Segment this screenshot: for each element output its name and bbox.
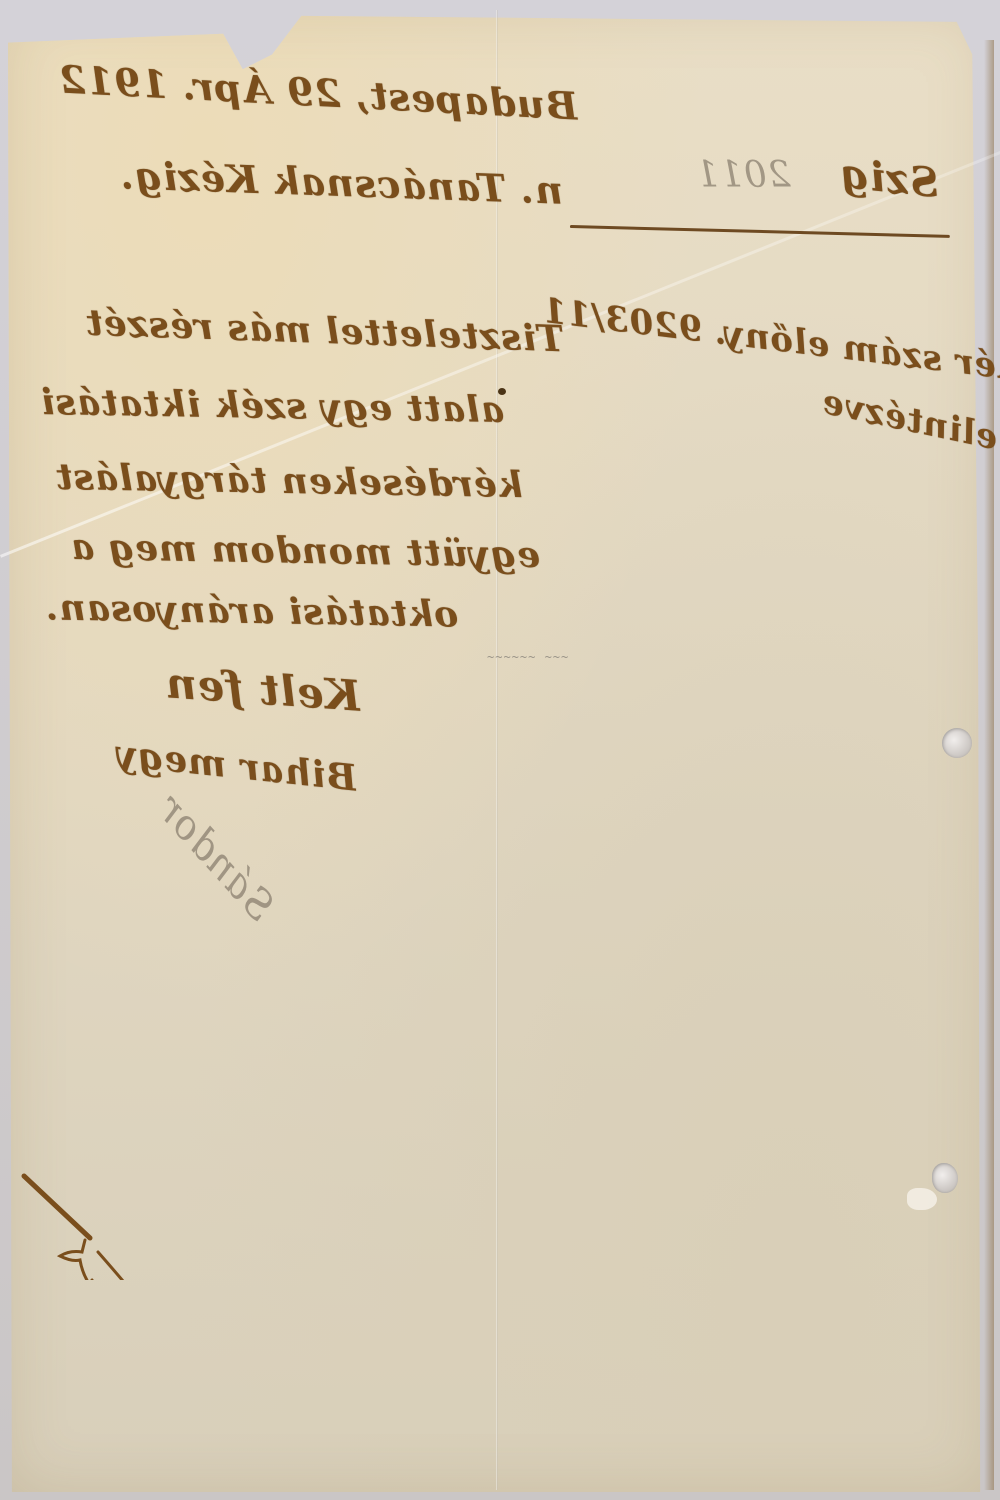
fold-dash-marks: ~~~~~~ ~~~ <box>487 650 569 664</box>
ink-blot <box>498 388 506 395</box>
body-line-2: alatt egy szék iktatási <box>40 381 505 431</box>
paper-edge-shadow <box>984 40 994 1490</box>
torn-hole-edge <box>907 1188 937 1210</box>
photo-scene: Budapest, 29 Ápr. 1912 n. Tanácsnak Kézi… <box>0 0 1000 1500</box>
body-line-4: együtt mondom meg a <box>70 526 541 576</box>
pencil-number: 2011 <box>695 155 791 196</box>
punch-hole-upper <box>942 728 972 758</box>
vertical-fold-crease <box>496 10 498 1490</box>
punch-hole-lower <box>932 1163 958 1193</box>
body-line-5: oktatási arányosan. <box>45 586 459 635</box>
body-line-3: kérdéseken tárgyalást <box>55 456 524 506</box>
